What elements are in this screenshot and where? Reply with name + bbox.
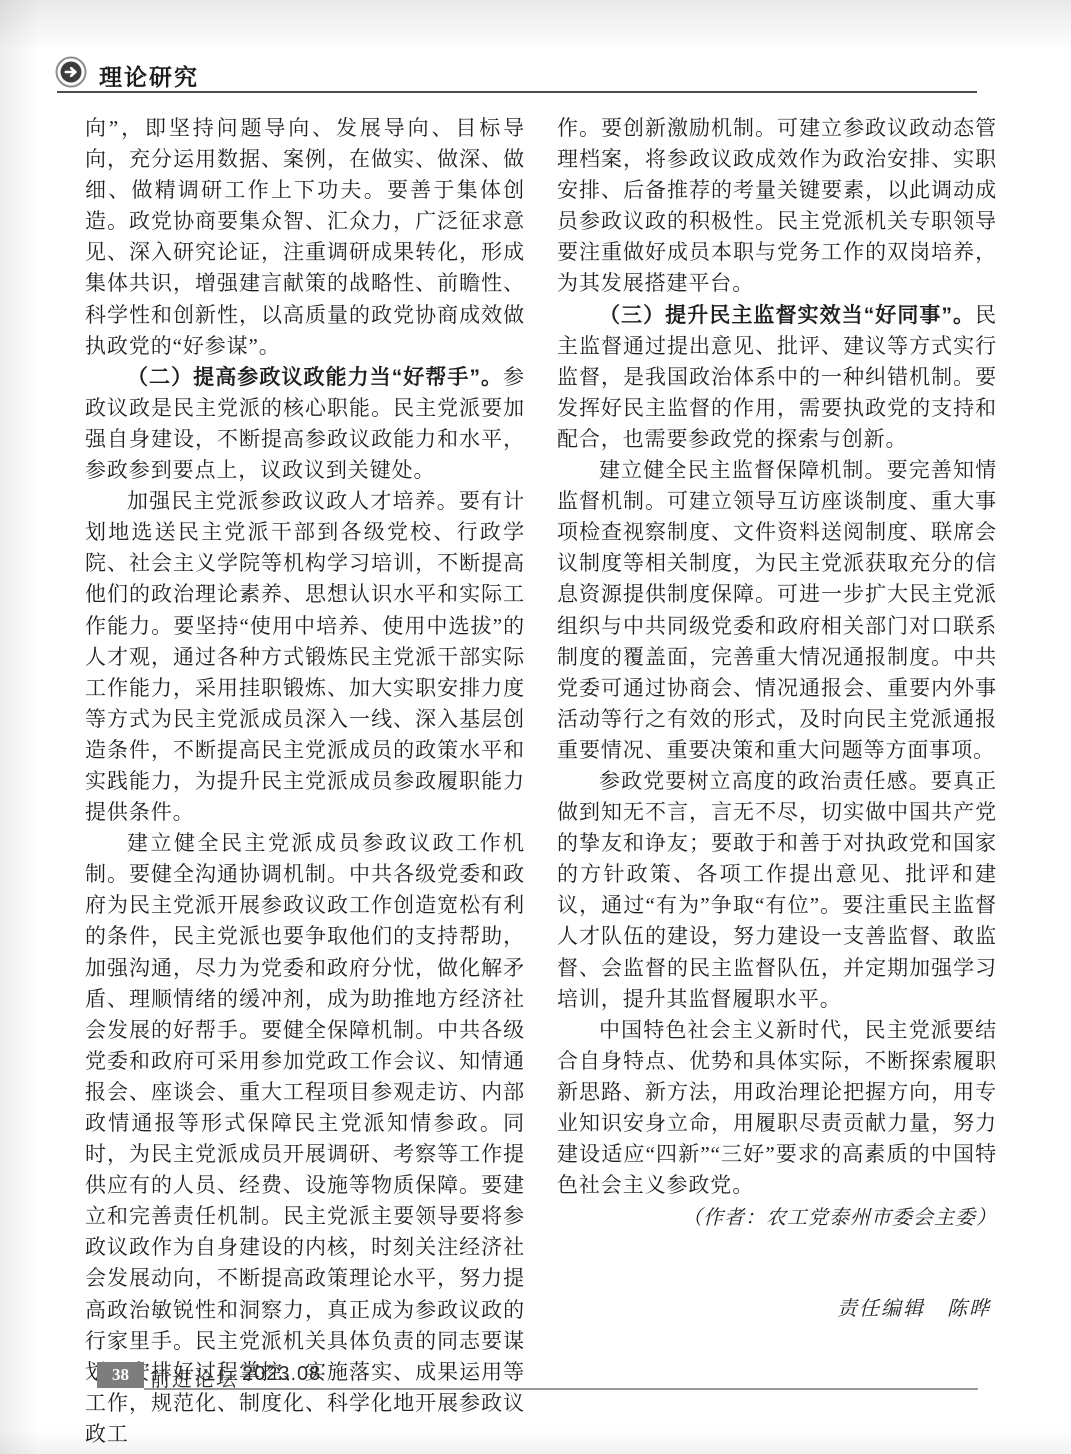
paragraph: 建立健全民主党派成员参政议政工作机制。要健全沟通协调机制。中共各级党委和政府为民… (85, 828, 525, 1450)
editor-credit: 责任编辑 陈晔 (557, 1294, 991, 1325)
paragraph: （二）提高参政议政能力当“好帮手”。参政议政是民主党派的核心职能。民主党派要加强… (85, 362, 525, 486)
paragraph: 加强民主党派参政议政人才培养。要有计划地选送民主党派干部到各级党校、行政学院、社… (85, 486, 525, 828)
paragraph: 向”，即坚持问题导向、发展导向、目标导向，充分运用数据、案例，在做实、做深、做细… (85, 113, 525, 362)
page: 理论研究 向”，即坚持问题导向、发展导向、目标导向，充分运用数据、案例，在做实、… (0, 0, 1071, 1454)
paragraph: 参政党要树立高度的政治责任感。要真正做到知无不言，言无不尽，切实做中国共产党的挚… (557, 766, 997, 1015)
left-column: 向”，即坚持问题导向、发展导向、目标导向，充分运用数据、案例，在做实、做深、做细… (85, 113, 525, 1450)
right-column: 作。要创新激励机制。可建立参政议政动态管理档案，将参政议政成效作为政治安排、实职… (557, 113, 997, 1450)
section-label: 理论研究 (99, 59, 199, 92)
page-footer: 38 前进论坛 2023.08 (97, 1362, 978, 1392)
footer-rule (144, 1388, 978, 1390)
paragraph: 作。要创新激励机制。可建立参政议政动态管理档案，将参政议政成效作为政治安排、实职… (557, 113, 997, 300)
paragraph: 建立健全民主监督保障机制。要完善知情监督机制。可建立领导互访座谈制度、重大事项检… (557, 455, 997, 766)
author-note: （作者：农工党泰州市委会主委） (557, 1203, 997, 1234)
paragraph-heading: （三）提升民主监督实效当“好同事”。 (599, 304, 975, 327)
paragraph: 中国特色社会主义新时代，民主党派要结合自身特点、优势和具体实际，不断探索履职新思… (557, 1015, 997, 1202)
page-number-badge: 38 (97, 1362, 144, 1388)
paragraph-heading: （二）提高参政议政能力当“好帮手”。 (127, 366, 503, 389)
paragraph: （三）提升民主监督实效当“好同事”。民主监督通过提出意见、批评、建议等方式实行监… (557, 300, 997, 455)
article-body: 向”，即坚持问题导向、发展导向、目标导向，充分运用数据、案例，在做实、做深、做细… (85, 113, 997, 1450)
arrow-circle-icon (55, 56, 87, 88)
right-column-paragraphs: 作。要创新激励机制。可建立参政议政动态管理档案，将参政议政成效作为政治安排、实职… (557, 113, 997, 1201)
header-rule (57, 91, 977, 93)
issue-date: 2023.08 (242, 1363, 321, 1386)
